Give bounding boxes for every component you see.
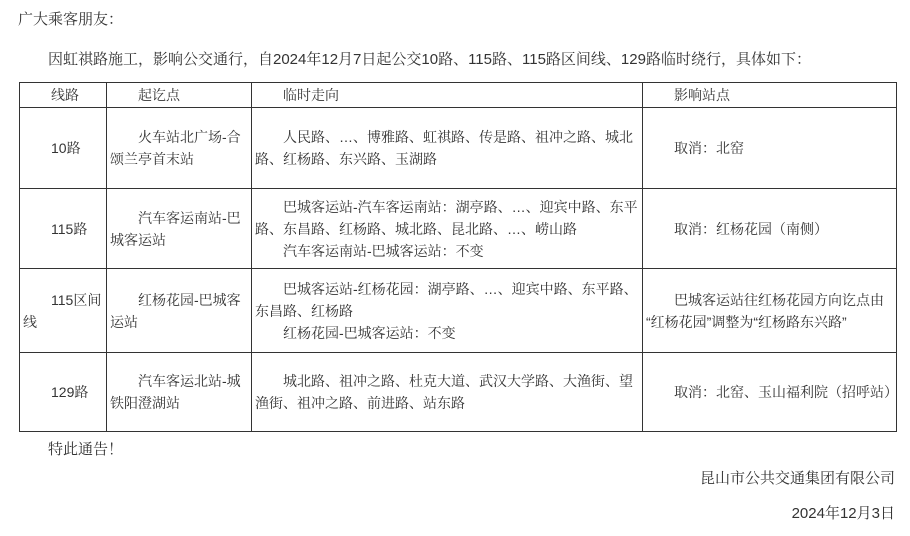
column-header-affected-stops: 影响站点 — [643, 83, 897, 108]
endpoints-text: 汽车客运北站-城铁阳澄湖站 — [110, 370, 248, 414]
column-header-endpoints: 起讫点 — [107, 83, 252, 108]
table-header-row: 线路 起讫点 临时走向 影响站点 — [20, 83, 897, 108]
column-header-route: 临时走向 — [252, 83, 643, 108]
route-adjustment-table: 线路 起讫点 临时走向 影响站点 10路 火车站北广场-合颂兰亭首末站 人民路、… — [19, 82, 897, 432]
cell-affected-stops: 巴城客运站往红杨花园方向讫点由“红杨花园”调整为“红杨路东兴路” — [643, 269, 897, 353]
route-text: 汽车客运南站-巴城客运站：不变 — [255, 240, 639, 262]
line-number-text: 10路 — [23, 137, 103, 159]
cell-temporary-route: 人民路、…、博雅路、虹祺路、传是路、祖冲之路、城北路、红杨路、东兴路、玉湖路 — [252, 108, 643, 189]
cell-affected-stops: 取消：北窑、玉山福利院（招呼站） — [643, 353, 897, 432]
cell-affected-stops: 取消：红杨花园（南侧） — [643, 189, 897, 269]
affected-stops-text: 取消：北窑 — [646, 137, 893, 159]
route-text: 城北路、祖冲之路、杜克大道、武汉大学路、大渔街、望渔街、祖冲之路、前进路、站东路 — [255, 370, 639, 414]
line-number-text: 115路 — [23, 218, 103, 240]
line-number-text: 115区间线 — [23, 289, 103, 333]
cell-line-number: 115路 — [20, 189, 107, 269]
cell-temporary-route: 城北路、祖冲之路、杜克大道、武汉大学路、大渔街、望渔街、祖冲之路、前进路、站东路 — [252, 353, 643, 432]
column-header-line: 线路 — [20, 83, 107, 108]
table-row-line-10: 10路 火车站北广场-合颂兰亭首末站 人民路、…、博雅路、虹祺路、传是路、祖冲之… — [20, 108, 897, 189]
table-row-line-129: 129路 汽车客运北站-城铁阳澄湖站 城北路、祖冲之路、杜克大道、武汉大学路、大… — [20, 353, 897, 432]
cell-temporary-route: 巴城客运站-汽车客运南站：湖亭路、…、迎宾中路、东平路、东昌路、红杨路、城北路、… — [252, 189, 643, 269]
affected-stops-text: 巴城客运站往红杨花园方向讫点由“红杨花园”调整为“红杨路东兴路” — [646, 289, 893, 333]
intro-paragraph: 因虹祺路施工，影响公交通行，自2024年12月7日起公交10路、115路、115… — [18, 50, 893, 70]
endpoints-text: 汽车客运南站-巴城客运站 — [110, 207, 248, 251]
route-text: 巴城客运站-红杨花园：湖亭路、…、迎宾中路、东平路、东昌路、红杨路 — [255, 278, 639, 322]
route-text: 红杨花园-巴城客运站：不变 — [255, 322, 639, 344]
cell-line-number: 129路 — [20, 353, 107, 432]
line-number-text: 129路 — [23, 381, 103, 403]
notice-date: 2024年12月3日 — [792, 504, 895, 524]
cell-endpoints: 火车站北广场-合颂兰亭首末站 — [107, 108, 252, 189]
affected-stops-text: 取消：北窑、玉山福利院（招呼站） — [646, 381, 893, 403]
table-row-line-115: 115路 汽车客运南站-巴城客运站 巴城客运站-汽车客运南站：湖亭路、…、迎宾中… — [20, 189, 897, 269]
route-text: 巴城客运站-汽车客运南站：湖亭路、…、迎宾中路、东平路、东昌路、红杨路、城北路、… — [255, 196, 639, 240]
endpoints-text: 红杨花园-巴城客运站 — [110, 289, 248, 333]
cell-line-number: 10路 — [20, 108, 107, 189]
notice-page: 广大乘客朋友： 因虹祺路施工，影响公交通行，自2024年12月7日起公交10路、… — [0, 0, 910, 536]
cell-endpoints: 汽车客运南站-巴城客运站 — [107, 189, 252, 269]
route-text: 人民路、…、博雅路、虹祺路、传是路、祖冲之路、城北路、红杨路、东兴路、玉湖路 — [255, 126, 639, 170]
endpoints-text: 火车站北广场-合颂兰亭首末站 — [110, 126, 248, 170]
closing-statement: 特此通告！ — [18, 440, 123, 460]
cell-endpoints: 红杨花园-巴城客运站 — [107, 269, 252, 353]
salutation: 广大乘客朋友： — [18, 10, 123, 30]
cell-affected-stops: 取消：北窑 — [643, 108, 897, 189]
cell-endpoints: 汽车客运北站-城铁阳澄湖站 — [107, 353, 252, 432]
affected-stops-text: 取消：红杨花园（南侧） — [646, 218, 893, 240]
issuer-name: 昆山市公共交通集团有限公司 — [700, 469, 895, 489]
cell-line-number: 115区间线 — [20, 269, 107, 353]
table-row-line-115-branch: 115区间线 红杨花园-巴城客运站 巴城客运站-红杨花园：湖亭路、…、迎宾中路、… — [20, 269, 897, 353]
cell-temporary-route: 巴城客运站-红杨花园：湖亭路、…、迎宾中路、东平路、东昌路、红杨路 红杨花园-巴… — [252, 269, 643, 353]
